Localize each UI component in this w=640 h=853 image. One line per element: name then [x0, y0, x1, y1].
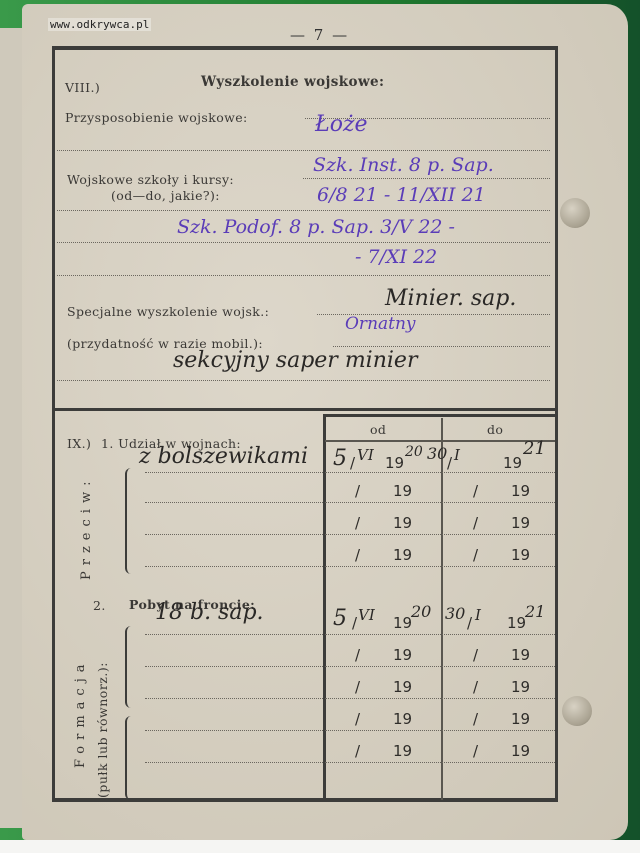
year-prefix: 19: [393, 710, 412, 728]
slash: /: [473, 646, 478, 664]
war-od-month: VI: [357, 446, 374, 464]
year-prefix: 19: [511, 546, 530, 564]
year-prefix: 19: [511, 710, 530, 728]
war-od-year: 20: [405, 444, 423, 460]
dotted-line: [325, 666, 555, 667]
slash: /: [355, 482, 360, 500]
szkoly-sublabel: (od—do, jakie?):: [111, 188, 220, 203]
section-viii-number: VIII.): [65, 80, 100, 95]
szkoly-line-2: 6/8 21 - 11/XII 21: [317, 184, 486, 206]
photo-border: [0, 840, 640, 853]
dotted-line: [145, 698, 323, 699]
slash: /: [355, 546, 360, 564]
slash: /: [355, 514, 360, 532]
specjalne-violet-value: Ornatny: [345, 314, 416, 334]
slash: /: [447, 454, 452, 472]
dotted-line: [57, 210, 550, 211]
szkoly-line-1: Szk. Inst. 8 p. Sap.: [313, 154, 494, 176]
slash: /: [352, 614, 357, 632]
war-do-day: 30: [427, 444, 447, 463]
war-do-year: 21: [523, 438, 546, 459]
watermark: www.odkrywca.pl: [48, 18, 151, 31]
year-prefix: 19: [393, 614, 412, 632]
year-prefix: 19: [393, 646, 412, 664]
dotted-line: [145, 472, 323, 473]
dotted-line: [145, 502, 323, 503]
slash: /: [473, 742, 478, 760]
year-prefix: 19: [393, 546, 412, 564]
formacja-label: Formacja: [73, 659, 88, 769]
dotted-line: [325, 698, 555, 699]
table-divider-left: [323, 416, 326, 800]
dotted-line: [325, 762, 555, 763]
table-top-rule: [323, 414, 555, 417]
section-divider: [55, 408, 555, 411]
form-frame: VIII.) Wyszkolenie wojskowe: Przysposobi…: [52, 46, 558, 802]
binding-hole-icon: [560, 198, 590, 228]
szkoly-line-4: - 7/XI 22: [355, 246, 437, 268]
war-przeciw: z bolszewikami: [139, 444, 308, 469]
dotted-line: [57, 150, 550, 151]
binding-hole-icon: [562, 696, 592, 726]
dotted-line: [145, 666, 323, 667]
dotted-line: [57, 380, 550, 381]
dotted-line: [325, 730, 555, 731]
slash: /: [473, 482, 478, 500]
dotted-line: [333, 346, 550, 347]
col-header-od: od: [370, 422, 386, 437]
dotted-line: [325, 472, 555, 473]
front-od-month: VI: [358, 606, 375, 624]
slash: /: [473, 514, 478, 532]
front-od-day: 5: [333, 606, 347, 631]
year-prefix: 19: [503, 454, 522, 472]
dotted-line: [145, 634, 323, 635]
year-prefix: 19: [511, 678, 530, 696]
slash: /: [473, 678, 478, 696]
slash: /: [355, 646, 360, 664]
dotted-line: [57, 242, 550, 243]
dotted-line: [325, 502, 555, 503]
dotted-line: [325, 566, 555, 567]
year-prefix: 19: [385, 454, 404, 472]
przydatnosc-value: sekcyjny saper minier: [173, 348, 417, 373]
section-ix-number: IX.): [67, 436, 91, 451]
item2-number: 2.: [93, 598, 106, 613]
year-prefix: 19: [393, 678, 412, 696]
year-prefix: 19: [511, 742, 530, 760]
slash: /: [355, 710, 360, 728]
war-do-month: I: [454, 446, 460, 464]
slash: /: [355, 678, 360, 696]
dotted-line: [325, 534, 555, 535]
front-do-month: I: [475, 606, 481, 624]
specjalne-value: Minier. sap.: [385, 286, 516, 311]
dotted-line: [57, 275, 550, 276]
year-prefix: 19: [511, 514, 530, 532]
przysposobienie-value: Łoże: [315, 112, 368, 137]
slash: /: [473, 710, 478, 728]
dotted-line: [145, 762, 323, 763]
slash: /: [350, 454, 355, 472]
section-viii-title: Wyszkolenie wojskowe:: [201, 74, 384, 90]
table-header-rule: [325, 440, 555, 442]
front-do-year: 21: [525, 602, 545, 621]
dotted-line: [145, 534, 323, 535]
year-prefix: 19: [393, 514, 412, 532]
przysposobienie-label: Przysposobienie wojskowe:: [65, 110, 248, 125]
year-prefix: 19: [511, 482, 530, 500]
specjalne-label: Specjalne wyszkolenie wojsk.:: [67, 304, 269, 319]
col-header-do: do: [487, 422, 503, 437]
table-divider-mid: [441, 418, 443, 800]
page-number: — 7 —: [290, 26, 349, 44]
year-prefix: 19: [393, 742, 412, 760]
front-do-day: 30: [445, 604, 465, 623]
dotted-line: [145, 566, 323, 567]
szkoly-label: Wojskowe szkoły i kursy:: [67, 172, 234, 187]
formacja-sublabel: (pułk lub równorz.):: [95, 662, 110, 798]
slash: /: [355, 742, 360, 760]
slash: /: [467, 614, 472, 632]
front-od-year: 20: [411, 602, 431, 621]
brace: [125, 716, 133, 800]
year-prefix: 19: [511, 646, 530, 664]
dotted-line: [325, 634, 555, 635]
dotted-line: [303, 178, 550, 179]
war-od-day: 5: [333, 446, 347, 471]
brace: [125, 468, 133, 574]
year-prefix: 19: [507, 614, 526, 632]
brace: [125, 626, 133, 708]
przeciw-label: Przeciw:: [79, 476, 94, 580]
slash: /: [473, 546, 478, 564]
front-formacja: 18 b. sap.: [155, 600, 264, 625]
szkoly-line-3: Szk. Podof. 8 p. Sap. 3/V 22 -: [177, 216, 455, 238]
year-prefix: 19: [393, 482, 412, 500]
dotted-line: [145, 730, 323, 731]
